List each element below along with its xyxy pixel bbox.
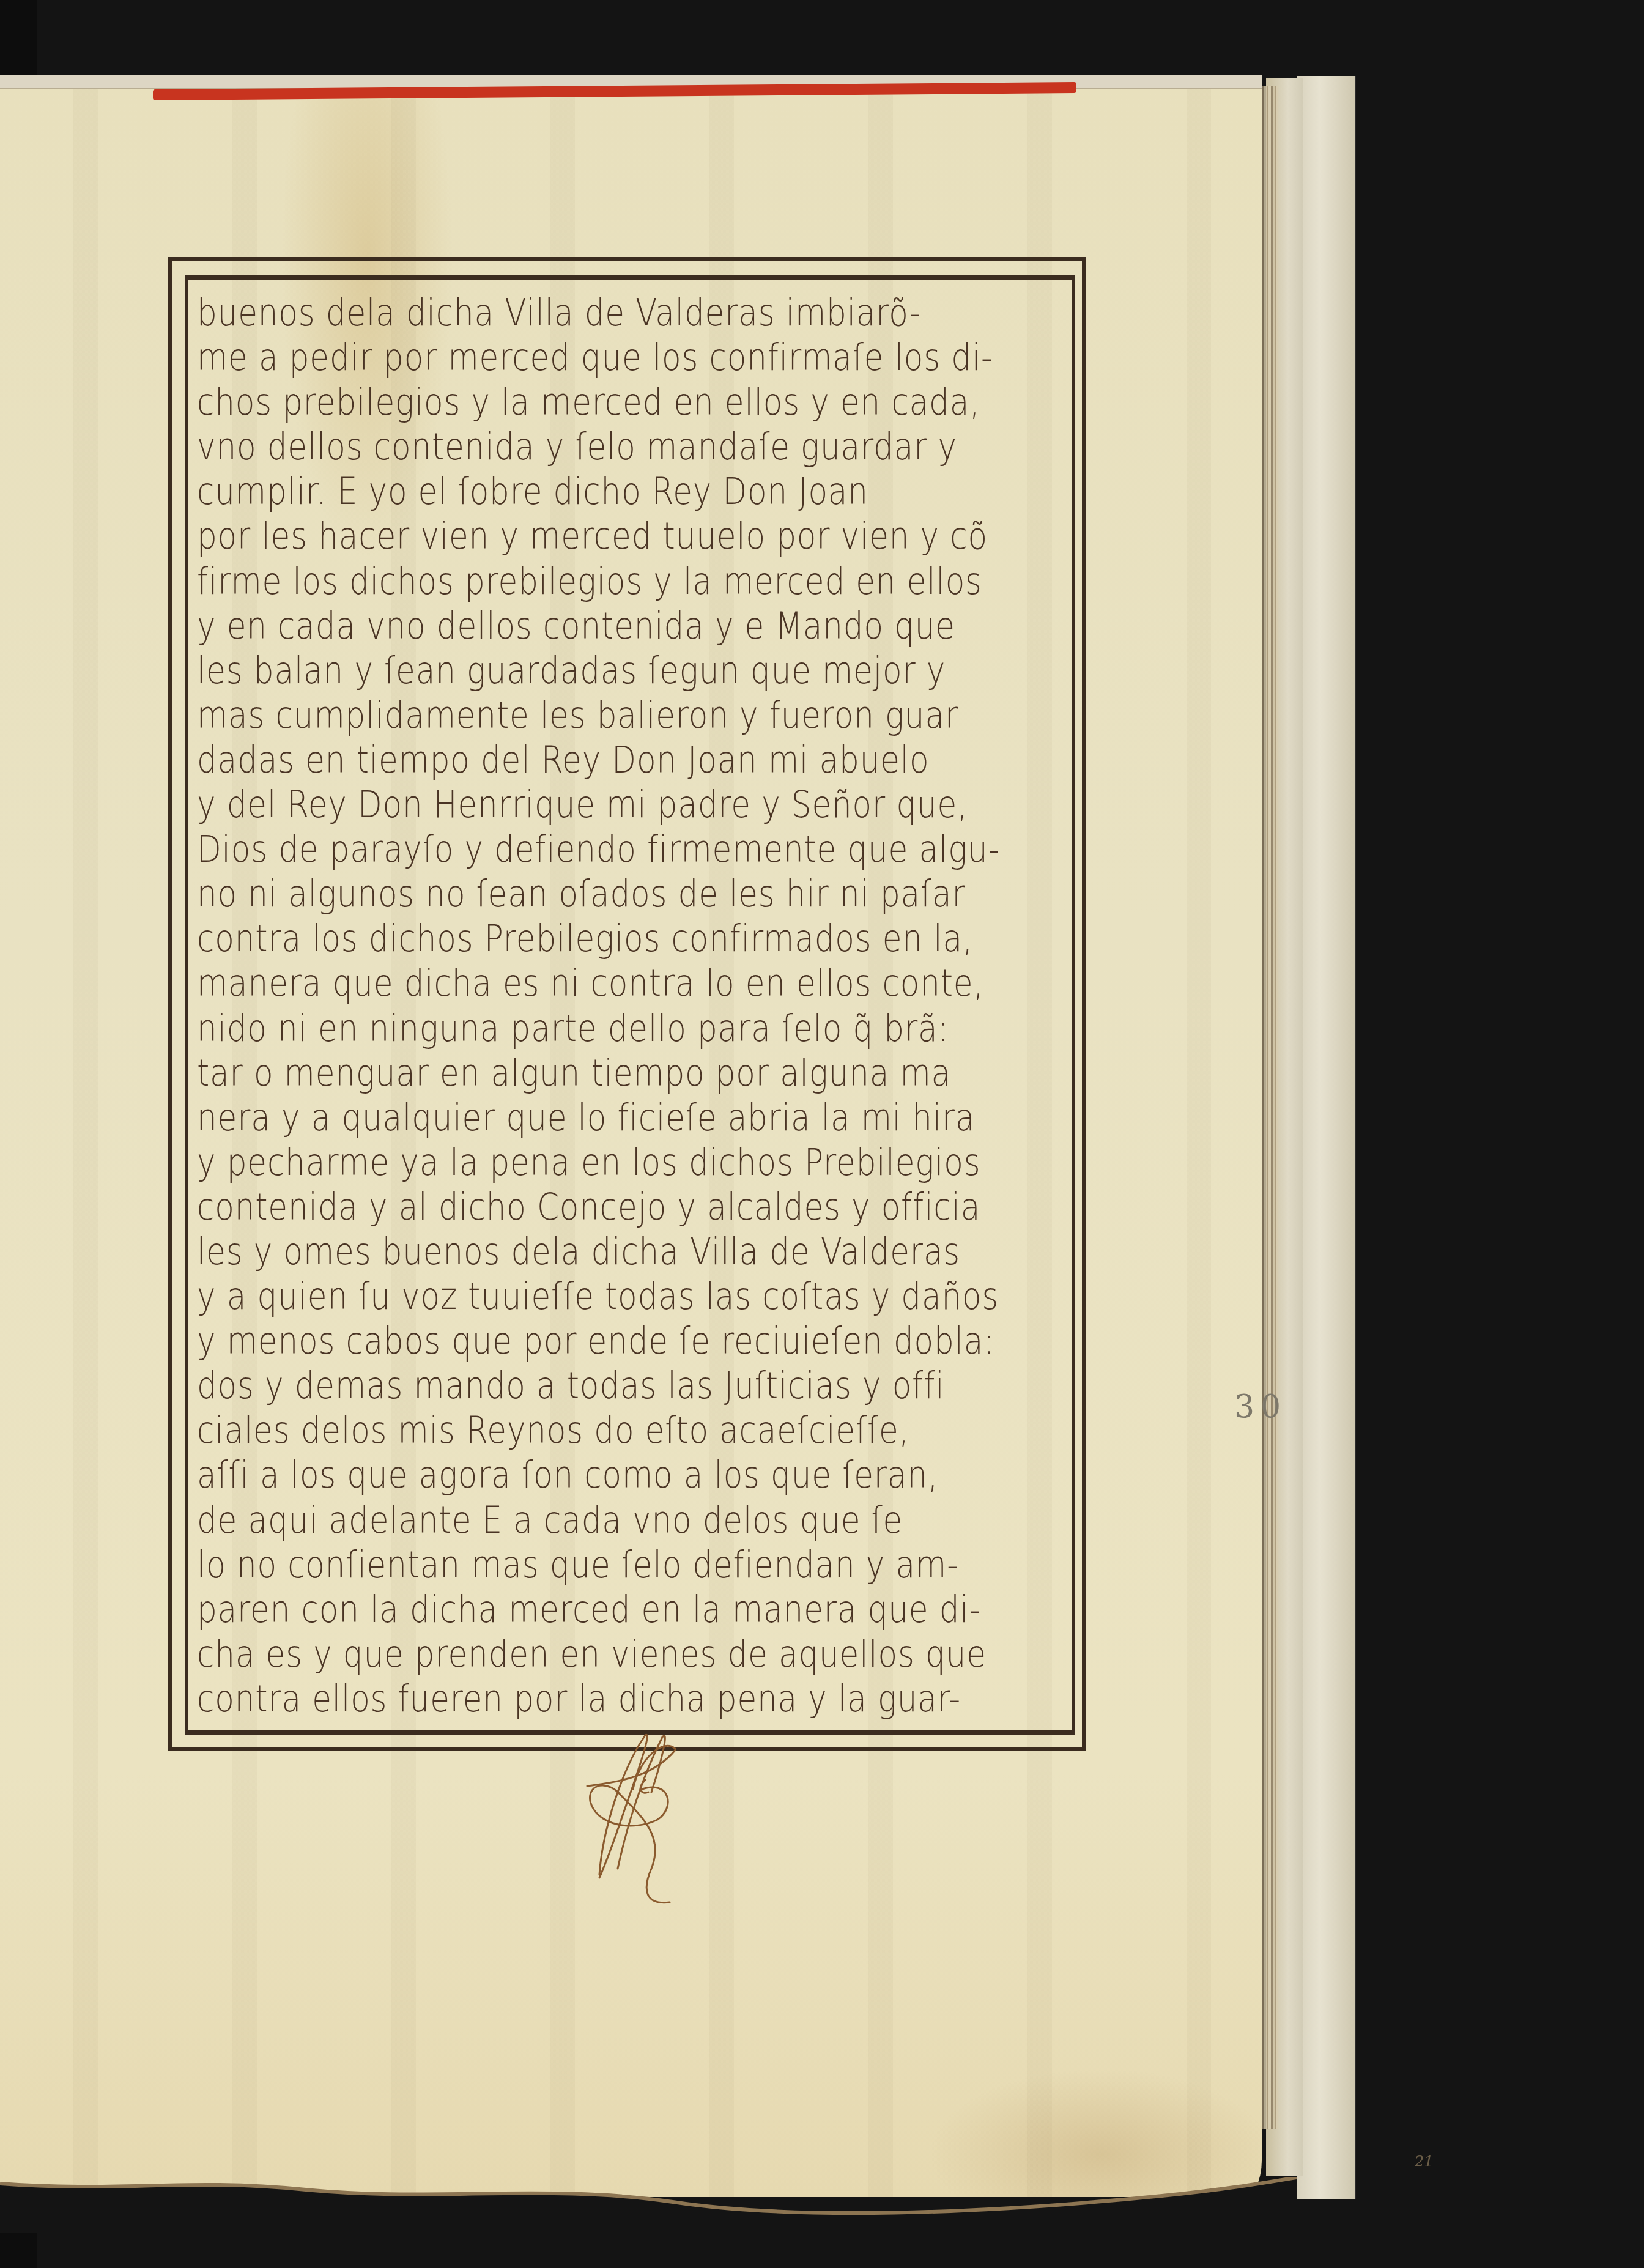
text-line: aſſi a los que agora ſon como a los que …	[197, 1453, 944, 1498]
text-line: y pecharme ya la pena en los dichos Preb…	[197, 1141, 944, 1185]
text-line: cumplir. E yo el ſobre dicho Rey Don Joa…	[197, 470, 944, 514]
text-line: chos prebilegios y la merced en ellos y …	[197, 380, 944, 425]
manuscript-text: buenos dela dicha Villa de Valderas imbi…	[197, 291, 1065, 1722]
text-line: paren con la dicha merced en la manera q…	[197, 1588, 944, 1632]
text-line: contra los dichos Prebilegios confirmado…	[197, 917, 944, 962]
torn-bottom-edge	[0, 2177, 1297, 2233]
text-line: y menos cabos que por ende ſe reciuieſen…	[197, 1319, 944, 1364]
text-line: firme los dichos prebilegios y la merced…	[197, 560, 944, 604]
text-line: vno dellos contenida y ſelo mandaſe guar…	[197, 425, 944, 470]
text-line: me a pedir por merced que los confirmaſe…	[197, 336, 944, 380]
text-line: Dios de parayſo y defiendo firmemente qu…	[197, 828, 944, 872]
rubric-signature-icon	[584, 1722, 676, 1905]
binding-cover-edge	[1297, 76, 1356, 2199]
leaf-mark: 21	[1415, 2153, 1434, 2170]
margin-folio-number: 30	[1234, 1388, 1287, 1425]
text-line: dadas en tiempo del Rey Don Joan mi abue…	[197, 738, 944, 783]
text-line: no ni algunos no ſean oſados de les hir …	[197, 872, 944, 917]
text-line: contra ellos fueren por la dicha pena y …	[197, 1677, 944, 1722]
text-line: les y omes buenos dela dicha Villa de Va…	[197, 1230, 944, 1275]
text-line: mas cumplidamente les balieron y fueron …	[197, 694, 944, 738]
text-line: ciales delos mis Reynos do eſto acaeſcie…	[197, 1409, 944, 1453]
text-line: lo no conſientan mas que ſelo defiendan …	[197, 1543, 944, 1588]
text-line: contenida y al dicho Concejo y alcaldes …	[197, 1185, 944, 1230]
text-line: manera que dicha es ni contra lo en ello…	[197, 962, 944, 1006]
text-line: y del Rey Don Henrrique mi padre y Señor…	[197, 783, 944, 828]
text-line: dos y demas mando a todas las Juſticias …	[197, 1364, 944, 1409]
text-line: buenos dela dicha Villa de Valderas imbi…	[197, 291, 944, 336]
text-line: nera y a qualquier que lo ficieſe abria …	[197, 1096, 944, 1141]
text-line: y en cada vno dellos contenida y e Mando…	[197, 604, 944, 649]
text-line: les balan y ſean guardadas ſegun que mej…	[197, 649, 944, 694]
text-line: nido ni en ninguna parte dello para ſelo…	[197, 1007, 944, 1051]
text-line: tar o menguar en algun tiempo por alguna…	[197, 1051, 944, 1096]
text-line: por les hacer vien y merced tuuelo por v…	[197, 514, 944, 559]
text-line: de aqui adelante E a cada vno delos que …	[197, 1499, 944, 1543]
text-line: cha es y que prenden en vienes de aquell…	[197, 1632, 944, 1677]
text-line: y a quien ſu voz tuuieſſe todas las coſt…	[197, 1275, 944, 1319]
